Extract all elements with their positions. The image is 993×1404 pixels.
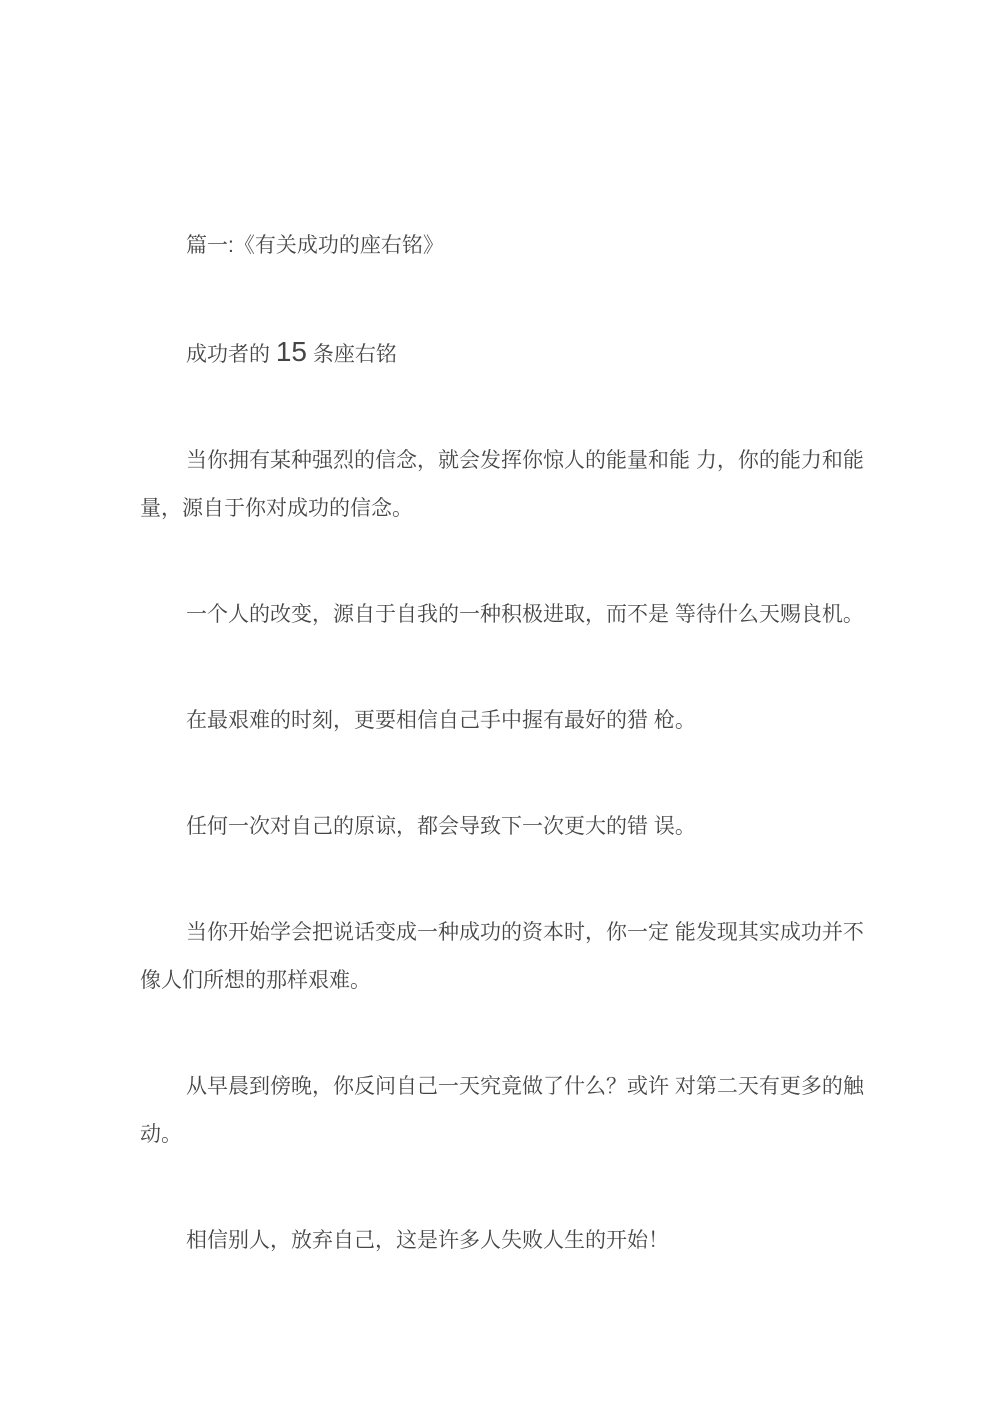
document-page: 篇一:《有关成功的座右铭》 成功者的 15 条座右铭 当你拥有某种强烈的信念，就… <box>0 0 993 1404</box>
subtitle-prefix: 成功者的 <box>186 343 276 366</box>
paragraph-line: 相信别人，放弃自己，这是许多人失败人生的开始！ <box>140 1217 873 1265</box>
paragraph: 从早晨到傍晚，你反问自己一天究竟做了什么？或许 对第二天有更多的触 动。 <box>140 1063 873 1159</box>
paragraph-line: 量，源自于你对成功的信念。 <box>140 485 873 533</box>
paragraph-line: 动。 <box>140 1111 873 1159</box>
paragraph-line: 任何一次对自己的原谅，都会导致下一次更大的错 误。 <box>140 803 873 851</box>
subtitle-line: 成功者的 15 条座右铭 <box>140 328 873 379</box>
paragraph: 当你拥有某种强烈的信念，就会发挥你惊人的能量和能 力，你的能力和能 量，源自于你… <box>140 437 873 533</box>
paragraph: 在最艰难的时刻，更要相信自己手中握有最好的猎 枪。 <box>140 697 873 745</box>
subtitle-suffix: 条座右铭 <box>307 343 397 366</box>
paragraph: 任何一次对自己的原谅，都会导致下一次更大的错 误。 <box>140 803 873 851</box>
document-subtitle: 成功者的 15 条座右铭 <box>140 328 873 379</box>
paragraph-line: 从早晨到傍晚，你反问自己一天究竟做了什么？或许 对第二天有更多的触 <box>140 1063 873 1111</box>
paragraph-line: 一个人的改变，源自于自我的一种积极进取，而不是 等待什么天赐良机。 <box>140 591 873 639</box>
paragraph: 相信别人，放弃自己，这是许多人失败人生的开始！ <box>140 1217 873 1265</box>
subtitle-number: 15 <box>276 336 307 367</box>
paragraph-line: 在最艰难的时刻，更要相信自己手中握有最好的猎 枪。 <box>140 697 873 745</box>
paragraph: 当你开始学会把说话变成一种成功的资本时，你一定 能发现其实成功并不 像人们所想的… <box>140 909 873 1005</box>
section-title: 篇一:《有关成功的座右铭》 <box>140 222 873 270</box>
paragraph-line: 当你开始学会把说话变成一种成功的资本时，你一定 能发现其实成功并不 <box>140 909 873 957</box>
paragraph: 一个人的改变，源自于自我的一种积极进取，而不是 等待什么天赐良机。 <box>140 591 873 639</box>
paragraph-line: 像人们所想的那样艰难。 <box>140 957 873 1005</box>
section-title-text: 篇一:《有关成功的座右铭》 <box>140 222 873 270</box>
paragraph-line: 当你拥有某种强烈的信念，就会发挥你惊人的能量和能 力，你的能力和能 <box>140 437 873 485</box>
